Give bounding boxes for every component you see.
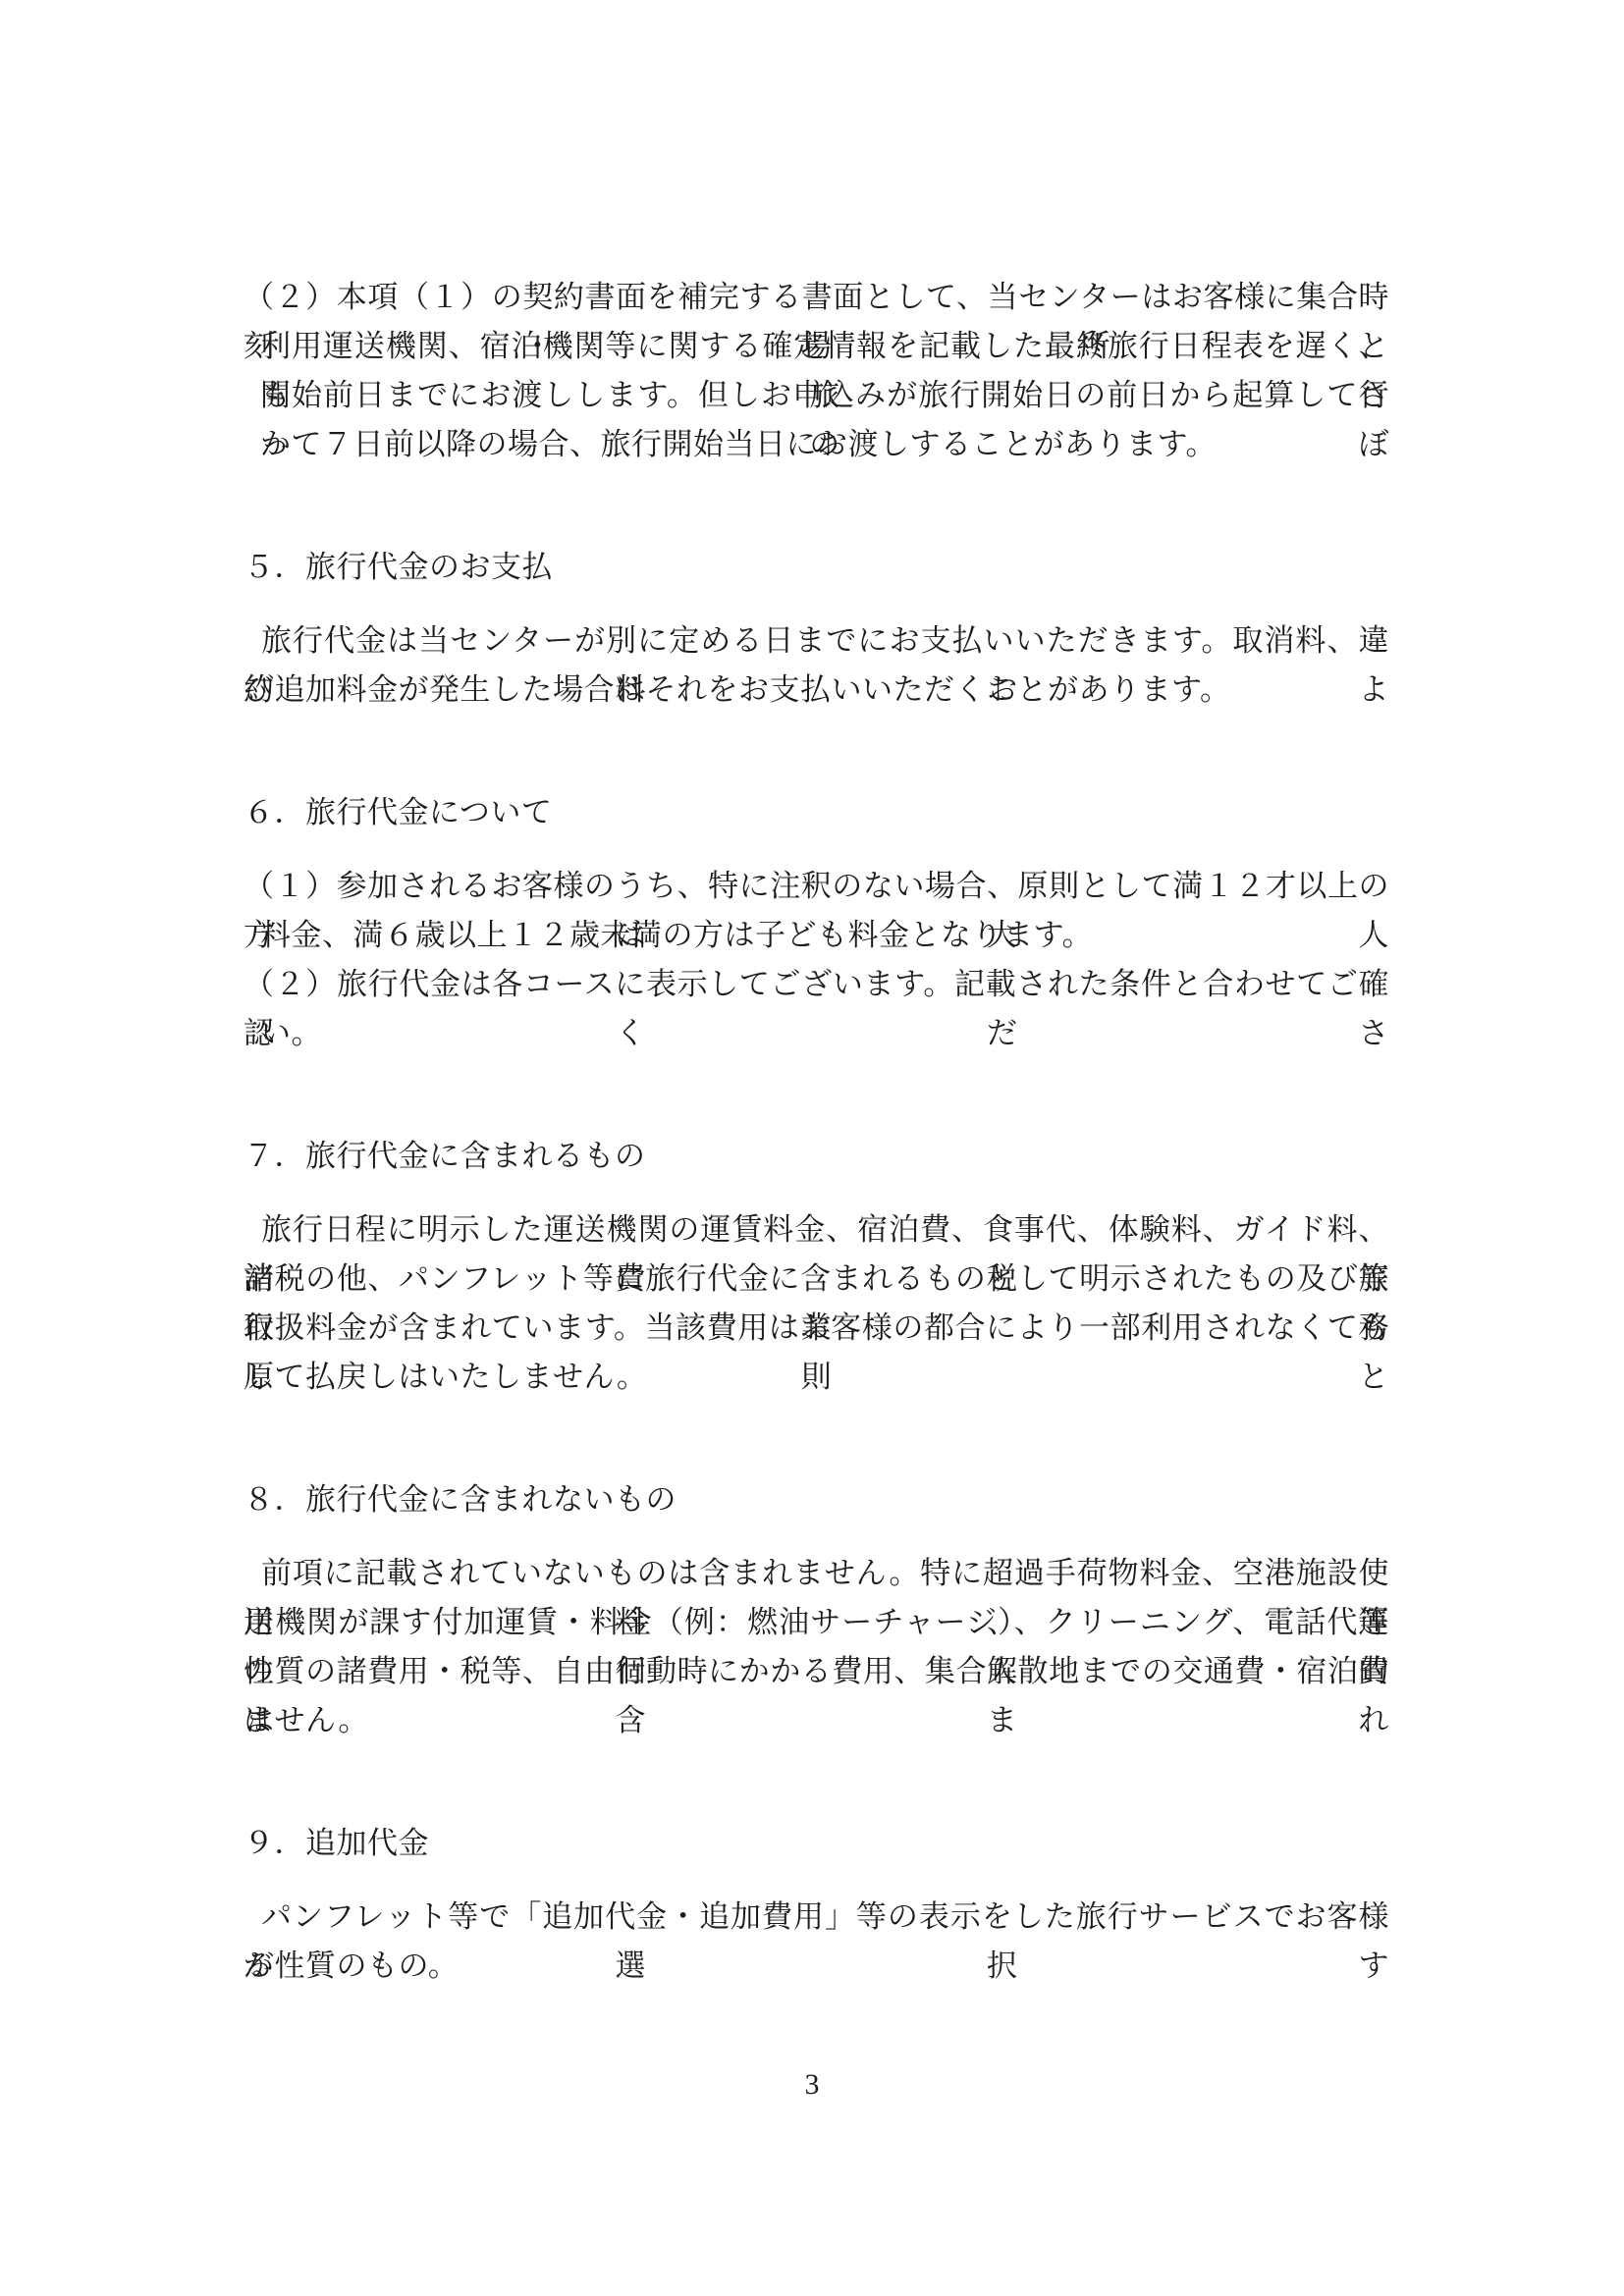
section-heading: ８．旅行代金に含まれないもの [244,1475,1389,1524]
section-heading: ６．旅行代金について [244,788,1389,837]
text-line: 諸税の他、パンフレット等に旅行代金に含まれるものとして明示されたもの及び旅行業務 [244,1255,1389,1304]
section-6-about-price: ６．旅行代金について （１）参加されるお客様のうち、特に注釈のない場合、原則とし… [244,788,1389,1058]
page-number: 3 [0,2066,1624,2104]
section-heading: ５．旅行代金のお支払 [244,543,1389,592]
text-line: 性質の諸費用・税等、自由行動時にかかる費用、集合解散地までの交通費・宿泊費は含ま… [244,1647,1389,1696]
text-line: 取扱料金が含まれています。当該費用はお客様の都合により一部利用されなくても原則と [244,1304,1389,1353]
section-9-additional-charge: ９．追加代金 パンフレット等で「追加代金・追加費用」等の表示をした旅行サービスで… [244,1819,1389,1991]
intro-item-paragraph: （２）本項（１）の契約書面を補完する書面として、当センターはお客様に集合時刻・場… [244,273,1389,469]
text-line: （２）本項（１）の契約書面を補完する書面として、当センターはお客様に集合時刻・場… [244,273,1389,322]
section-7-included: ７．旅行代金に含まれるもの 旅行日程に明示した運送機関の運賃料金、宿泊費、食事代… [244,1132,1389,1402]
text-line: 旅行日程に明示した運送機関の運賃料金、宿泊費、食事代、体験料、ガイド料、消費税等 [244,1205,1389,1255]
text-line: 旅行代金は当センターが別に定める日までにお支払いいただきます。取消料、違約料およ [244,616,1389,666]
content-area: （２）本項（１）の契約書面を補完する書面として、当センターはお客様に集合時刻・場… [244,273,1389,1991]
text-line: 開始前日までにお渡しします。但しお申込みが旅行開始日の前日から起算してさかのぼ [244,371,1389,420]
text-line: （１）参加されるお客様のうち、特に注釈のない場合、原則として満１２才以上の方は大… [244,862,1389,911]
section-5-payment: ５．旅行代金のお支払 旅行代金は当センターが別に定める日までにお支払いいただきま… [244,543,1389,715]
section-heading: ７．旅行代金に含まれるもの [244,1132,1389,1181]
text-line: び追加料金が発生した場合はそれをお支払いいただくことがあります。 [244,666,1389,715]
document-page: （２）本項（１）の契約書面を補完する書面として、当センターはお客様に集合時刻・場… [0,0,1624,2296]
text-line: 前項に記載されていないものは含まれません。特に超過手荷物料金、空港施設使用料、運 [244,1549,1389,1598]
text-line: 利用運送機関、宿泊機関等に関する確定情報を記載した最終旅行日程表を遅くとも旅行 [244,322,1389,371]
section-heading: ９．追加代金 [244,1819,1389,1868]
text-line: （２）旅行代金は各コースに表示してございます。記載された条件と合わせてご確認くだ… [244,960,1389,1009]
text-line: 送機関が課す付加運賃・料金（例：燃油サーチャージ）、クリーニング、電話代等の個人… [244,1598,1389,1647]
text-line: パンフレット等で「追加代金・追加費用」等の表示をした旅行サービスでお客様が選択す [244,1893,1389,1942]
section-8-not-included: ８．旅行代金に含まれないもの 前項に記載されていないものは含まれません。特に超過… [244,1475,1389,1745]
